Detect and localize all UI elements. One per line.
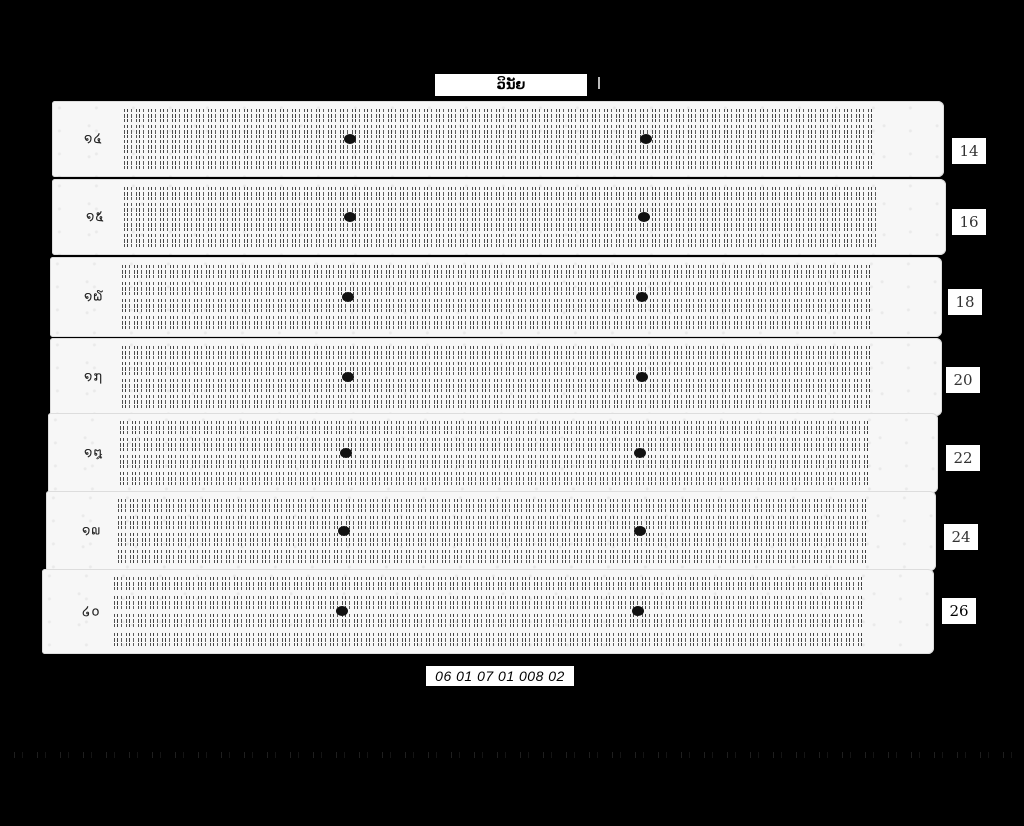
string-hole-left: [344, 212, 356, 222]
string-hole-left: [344, 134, 356, 144]
script-line: [112, 577, 864, 590]
script-line: [122, 125, 874, 138]
scan-artifact-strip: [0, 752, 1024, 758]
folio-number-tag: 20: [946, 367, 980, 393]
script-line: [122, 109, 874, 122]
string-hole-right: [632, 606, 644, 616]
manuscript-leaf-1: ໑໔: [52, 101, 944, 177]
script-line: [120, 299, 872, 312]
script-lines: [118, 421, 868, 485]
leaf-margin-numeral: ໑໕: [86, 210, 104, 225]
script-line: [118, 438, 868, 451]
catalog-id-label: 06 01 07 01 008 02: [426, 666, 574, 686]
script-line: [122, 187, 876, 200]
script-line: [112, 596, 864, 609]
script-line: [122, 156, 874, 169]
string-hole-left: [342, 292, 354, 302]
script-line: [120, 265, 872, 278]
manuscript-leaf-3: ໑໖: [50, 257, 942, 337]
script-line: [116, 550, 866, 563]
title-tick-mark: [598, 77, 600, 89]
script-line: [116, 499, 866, 512]
script-line: [116, 533, 866, 546]
string-hole-right: [634, 448, 646, 458]
script-lines: [116, 499, 866, 563]
leaf-margin-numeral: ໑໗: [84, 370, 103, 385]
leaf-margin-numeral: ໑໙: [82, 524, 101, 539]
string-hole-right: [638, 212, 650, 222]
string-hole-right: [634, 526, 646, 536]
script-line: [122, 203, 876, 216]
leaf-margin-numeral: ໑໘: [84, 446, 103, 461]
string-hole-left: [336, 606, 348, 616]
leaf-margin-numeral: ໒໐: [82, 604, 101, 619]
script-line: [122, 140, 874, 153]
folio-number-tag: 14: [952, 138, 986, 164]
script-line: [120, 395, 872, 408]
string-hole-left: [342, 372, 354, 382]
manuscript-leaf-6: ໑໙: [46, 491, 936, 571]
leaf-margin-numeral: ໑໔: [84, 132, 102, 147]
script-lines: [122, 109, 874, 169]
string-hole-left: [340, 448, 352, 458]
script-line: [116, 516, 866, 529]
folio-number-tag: 18: [948, 289, 982, 315]
manuscript-leaf-2: ໑໕: [52, 179, 946, 255]
folio-number-tag: 24: [944, 524, 978, 550]
folio-number-tag: 16: [952, 209, 986, 235]
script-lines: [122, 187, 876, 247]
script-line: [118, 421, 868, 434]
script-line: [112, 633, 864, 646]
script-line: [120, 282, 872, 295]
script-lines: [120, 265, 872, 329]
folio-number-tag: 26: [942, 598, 976, 624]
manuscript-leaf-5: ໑໘: [48, 413, 938, 493]
manuscript-leaf-7: ໒໐: [42, 569, 934, 654]
manuscript-title-label: ວິນັຍ: [435, 74, 587, 96]
script-line: [120, 362, 872, 375]
script-line: [118, 472, 868, 485]
script-line: [118, 455, 868, 468]
script-line: [120, 316, 872, 329]
script-line: [120, 379, 872, 392]
string-hole-right: [640, 134, 652, 144]
string-hole-right: [636, 292, 648, 302]
script-line: [112, 614, 864, 627]
script-line: [122, 218, 876, 231]
script-lines: [120, 346, 872, 408]
script-lines: [112, 577, 864, 646]
manuscript-leaf-4: ໑໗: [50, 338, 942, 416]
folio-number-tag: 22: [946, 445, 980, 471]
script-line: [122, 234, 876, 247]
script-line: [120, 346, 872, 359]
string-hole-right: [636, 372, 648, 382]
string-hole-left: [338, 526, 350, 536]
leaf-margin-numeral: ໑໖: [84, 290, 103, 305]
